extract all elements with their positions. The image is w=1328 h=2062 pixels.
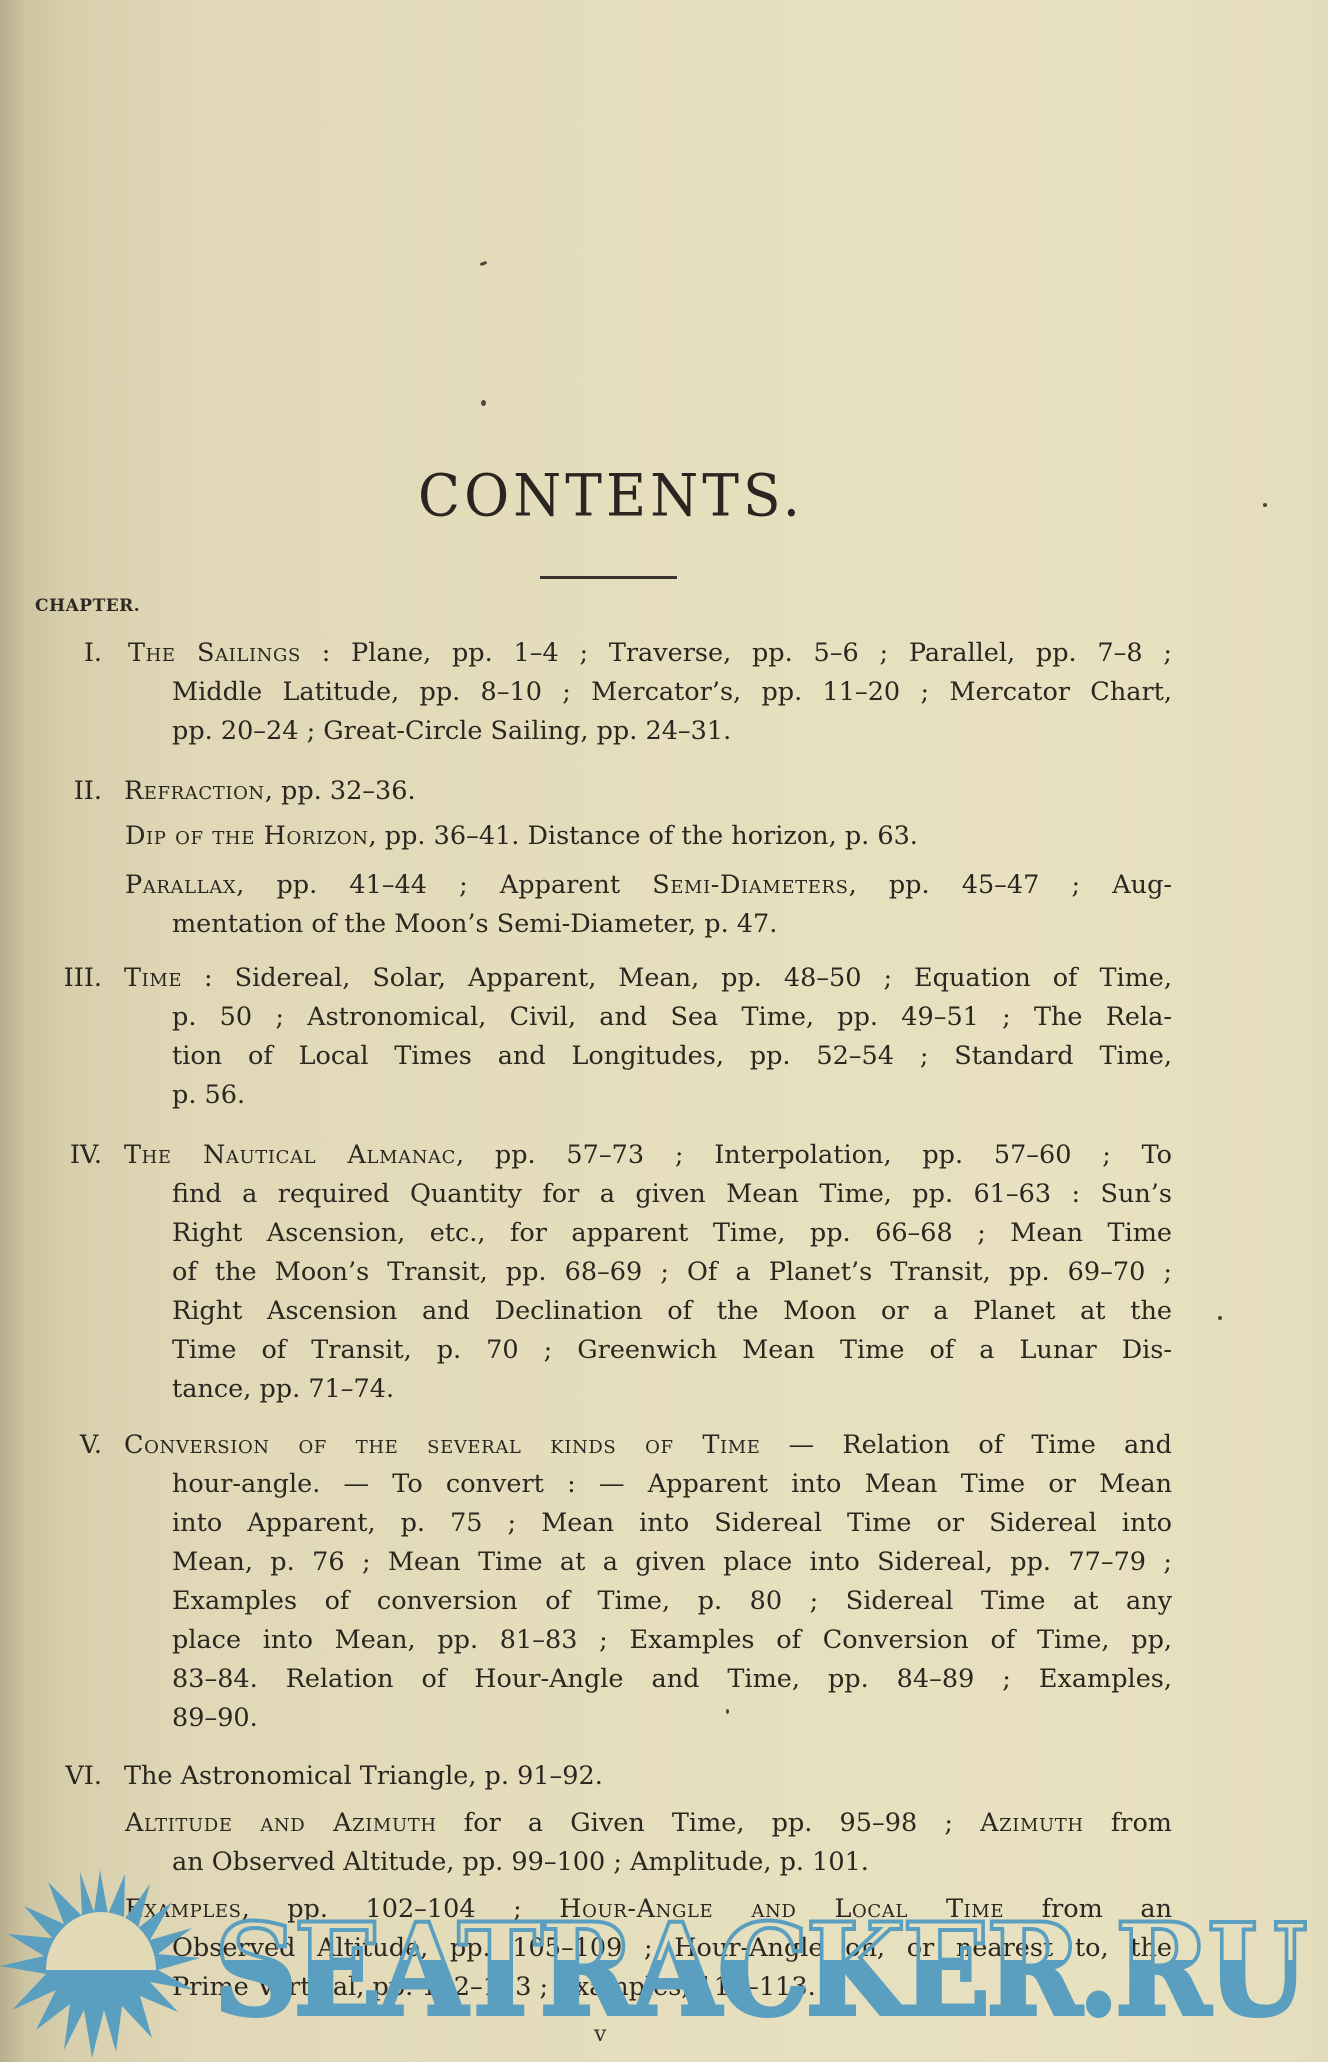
- topic-heading: Dip of the Horizon: [125, 821, 369, 851]
- topic-text: mentation of the Moon’s Semi-Diameter, p…: [172, 909, 777, 939]
- toc-entry-line: Parallax, pp. 41–44 ; Apparent Semi-Diam…: [125, 870, 1172, 900]
- topic-text: Mean, p. 76 ; Mean Time at a given place…: [172, 1547, 1172, 1577]
- toc-entry-line: Altitude and Azimuth for a Given Time, p…: [125, 1808, 1172, 1838]
- topic-text: tion of Local Times and Longitudes, pp. …: [172, 1041, 1172, 1071]
- chapter-column-label: CHAPTER.: [35, 596, 140, 616]
- toc-entry-line: Right Ascension, etc., for apparent Time…: [172, 1218, 1172, 1248]
- topic-heading: Hour-Angle and Local Time: [559, 1894, 1004, 1924]
- topic-text: into Apparent, p. 75 ; Mean into Siderea…: [172, 1508, 1172, 1538]
- toc-entry-line: into Apparent, p. 75 ; Mean into Siderea…: [172, 1508, 1172, 1538]
- toc-entry-line: an Observed Altitude, pp. 99–100 ; Ampli…: [172, 1847, 869, 1877]
- topic-text: : Plane, pp. 1–4 ; Traverse, pp. 5–6 ; P…: [301, 638, 1172, 668]
- topic-text: Right Ascension and Declination of the M…: [172, 1296, 1172, 1326]
- topic-text: place into Mean, pp. 81–83 ; Examples of…: [172, 1625, 1172, 1655]
- topic-text: p. 56.: [172, 1080, 245, 1110]
- toc-entry-line: Mean, p. 76 ; Mean Time at a given place…: [172, 1547, 1172, 1577]
- print-speck: [1263, 503, 1267, 507]
- print-speck: [1218, 1316, 1222, 1320]
- toc-entry-line: pp. 20–24 ; Great-Circle Sailing, pp. 24…: [172, 716, 731, 746]
- toc-entry-line: The Nautical Almanac, pp. 57–73 ; Interp…: [124, 1140, 1172, 1170]
- topic-heading: Semi-Diameters: [652, 870, 848, 900]
- topic-text: pp. 20–24 ; Great-Circle Sailing, pp. 24…: [172, 716, 731, 746]
- print-speck: [481, 400, 486, 406]
- topic-text: , pp. 36–41. Distance of the horizon, p.…: [369, 821, 918, 851]
- toc-entry-line: of the Moon’s Transit, pp. 68–69 ; Of a …: [172, 1257, 1172, 1287]
- topic-text: The Astronomical Triangle, p. 91–92.: [124, 1761, 603, 1791]
- toc-entry-line: Time of Transit, p. 70 ; Greenwich Mean …: [172, 1335, 1172, 1365]
- topic-text: tance, pp. 71–74.: [172, 1374, 394, 1404]
- topic-text: find a required Quantity for a given Mea…: [172, 1179, 1172, 1209]
- toc-entry-line: Examples, pp. 102–104 ; Hour-Angle and L…: [125, 1894, 1172, 1924]
- toc-entry-line: The Sailings : Plane, pp. 1–4 ; Traverse…: [128, 638, 1172, 668]
- topic-text: hour-angle. — To convert : — Apparent in…: [172, 1469, 1172, 1499]
- topic-text: from an: [1004, 1894, 1172, 1924]
- topic-text: Right Ascension, etc., for apparent Time…: [172, 1218, 1172, 1248]
- topic-text: from: [1084, 1808, 1172, 1838]
- toc-entry-line: place into Mean, pp. 81–83 ; Examples of…: [172, 1625, 1172, 1655]
- toc-entry-line: p. 50 ; Astronomical, Civil, and Sea Tim…: [172, 1002, 1172, 1032]
- toc-entry-line: tion of Local Times and Longitudes, pp. …: [172, 1041, 1172, 1071]
- topic-heading: The Sailings: [128, 638, 301, 668]
- topic-text: , pp. 45–47 ; Aug-: [849, 870, 1172, 900]
- topic-heading: Parallax: [125, 870, 236, 900]
- toc-entry-line: find a required Quantity for a given Mea…: [172, 1179, 1172, 1209]
- toc-entry-line: hour-angle. — To convert : — Apparent in…: [172, 1469, 1172, 1499]
- chapter-numeral: III.: [12, 963, 102, 993]
- chapter-numeral: V.: [12, 1430, 102, 1460]
- topic-heading: Examples: [125, 1894, 242, 1924]
- topic-text: Observed Altitude, pp. 105–109 ; Hour-An…: [172, 1933, 1172, 1963]
- topic-heading: Conversion of the several kinds of Time: [124, 1430, 760, 1460]
- toc-entry-line: Conversion of the several kinds of Time …: [124, 1430, 1172, 1460]
- toc-entry-line: Observed Altitude, pp. 105–109 ; Hour-An…: [172, 1933, 1172, 1963]
- print-speck: [480, 261, 488, 266]
- topic-text: 89–90.: [172, 1703, 258, 1733]
- toc-entry-line: Prime Vertical, pp. 112–113 ; Examples, …: [172, 1972, 816, 2002]
- chapter-numeral: II.: [12, 776, 102, 806]
- topic-text: , pp. 32–36.: [265, 776, 416, 806]
- page-number: v: [594, 2022, 606, 2047]
- toc-entry-line: The Astronomical Triangle, p. 91–92.: [124, 1761, 603, 1791]
- toc-entry-line: Dip of the Horizon, pp. 36–41. Distance …: [125, 821, 918, 851]
- toc-entry-line: Time : Sidereal, Solar, Apparent, Mean, …: [124, 963, 1172, 993]
- topic-heading: The Nautical Almanac: [124, 1140, 456, 1170]
- toc-entry-line: 83–84. Relation of Hour-Angle and Time, …: [172, 1664, 1172, 1694]
- chapter-numeral: VI.: [12, 1761, 102, 1791]
- chapter-numeral: IV.: [12, 1140, 102, 1170]
- topic-heading: Time: [124, 963, 182, 993]
- topic-text: — Relation of Time and: [760, 1430, 1172, 1460]
- toc-entry-line: p. 56.: [172, 1080, 245, 1110]
- page-title: CONTENTS.: [418, 462, 798, 529]
- topic-text: , pp. 57–73 ; Interpolation, pp. 57–60 ;…: [456, 1140, 1172, 1170]
- topic-heading: Altitude and Azimuth: [125, 1808, 437, 1838]
- topic-text: p. 50 ; Astronomical, Civil, and Sea Tim…: [172, 1002, 1172, 1032]
- topic-text: Middle Latitude, pp. 8–10 ; Mercator’s, …: [172, 677, 1172, 707]
- topic-text: , pp. 41–44 ; Apparent: [236, 870, 652, 900]
- book-page: CONTENTS. CHAPTER. I.The Sailings : Plan…: [0, 0, 1328, 2062]
- print-speck: [726, 1709, 729, 1714]
- toc-entry-line: tance, pp. 71–74.: [172, 1374, 394, 1404]
- toc-entry-line: 89–90.: [172, 1703, 258, 1733]
- topic-text: , pp. 102–104 ;: [242, 1894, 560, 1924]
- topic-text: Time of Transit, p. 70 ; Greenwich Mean …: [172, 1335, 1172, 1365]
- topic-text: : Sidereal, Solar, Apparent, Mean, pp. 4…: [182, 963, 1172, 993]
- toc-entry-line: Refraction, pp. 32–36.: [124, 776, 416, 806]
- topic-heading: Refraction: [124, 776, 265, 806]
- toc-entry-line: Middle Latitude, pp. 8–10 ; Mercator’s, …: [172, 677, 1172, 707]
- toc-entry-line: Right Ascension and Declination of the M…: [172, 1296, 1172, 1326]
- topic-text: Examples of conversion of Time, p. 80 ; …: [172, 1586, 1172, 1616]
- topic-text: an Observed Altitude, pp. 99–100 ; Ampli…: [172, 1847, 869, 1877]
- topic-text: Prime Vertical, pp. 112–113 ; Examples, …: [172, 1972, 816, 2002]
- toc-entry-line: Examples of conversion of Time, p. 80 ; …: [172, 1586, 1172, 1616]
- toc-entry-line: mentation of the Moon’s Semi-Diameter, p…: [172, 909, 777, 939]
- chapter-numeral: I.: [12, 638, 102, 668]
- topic-text: of the Moon’s Transit, pp. 68–69 ; Of a …: [172, 1257, 1172, 1287]
- topic-heading: Azimuth: [980, 1808, 1084, 1838]
- title-rule: [540, 576, 677, 579]
- topic-text: 83–84. Relation of Hour-Angle and Time, …: [172, 1664, 1172, 1694]
- topic-text: for a Given Time, pp. 95–98 ;: [437, 1808, 980, 1838]
